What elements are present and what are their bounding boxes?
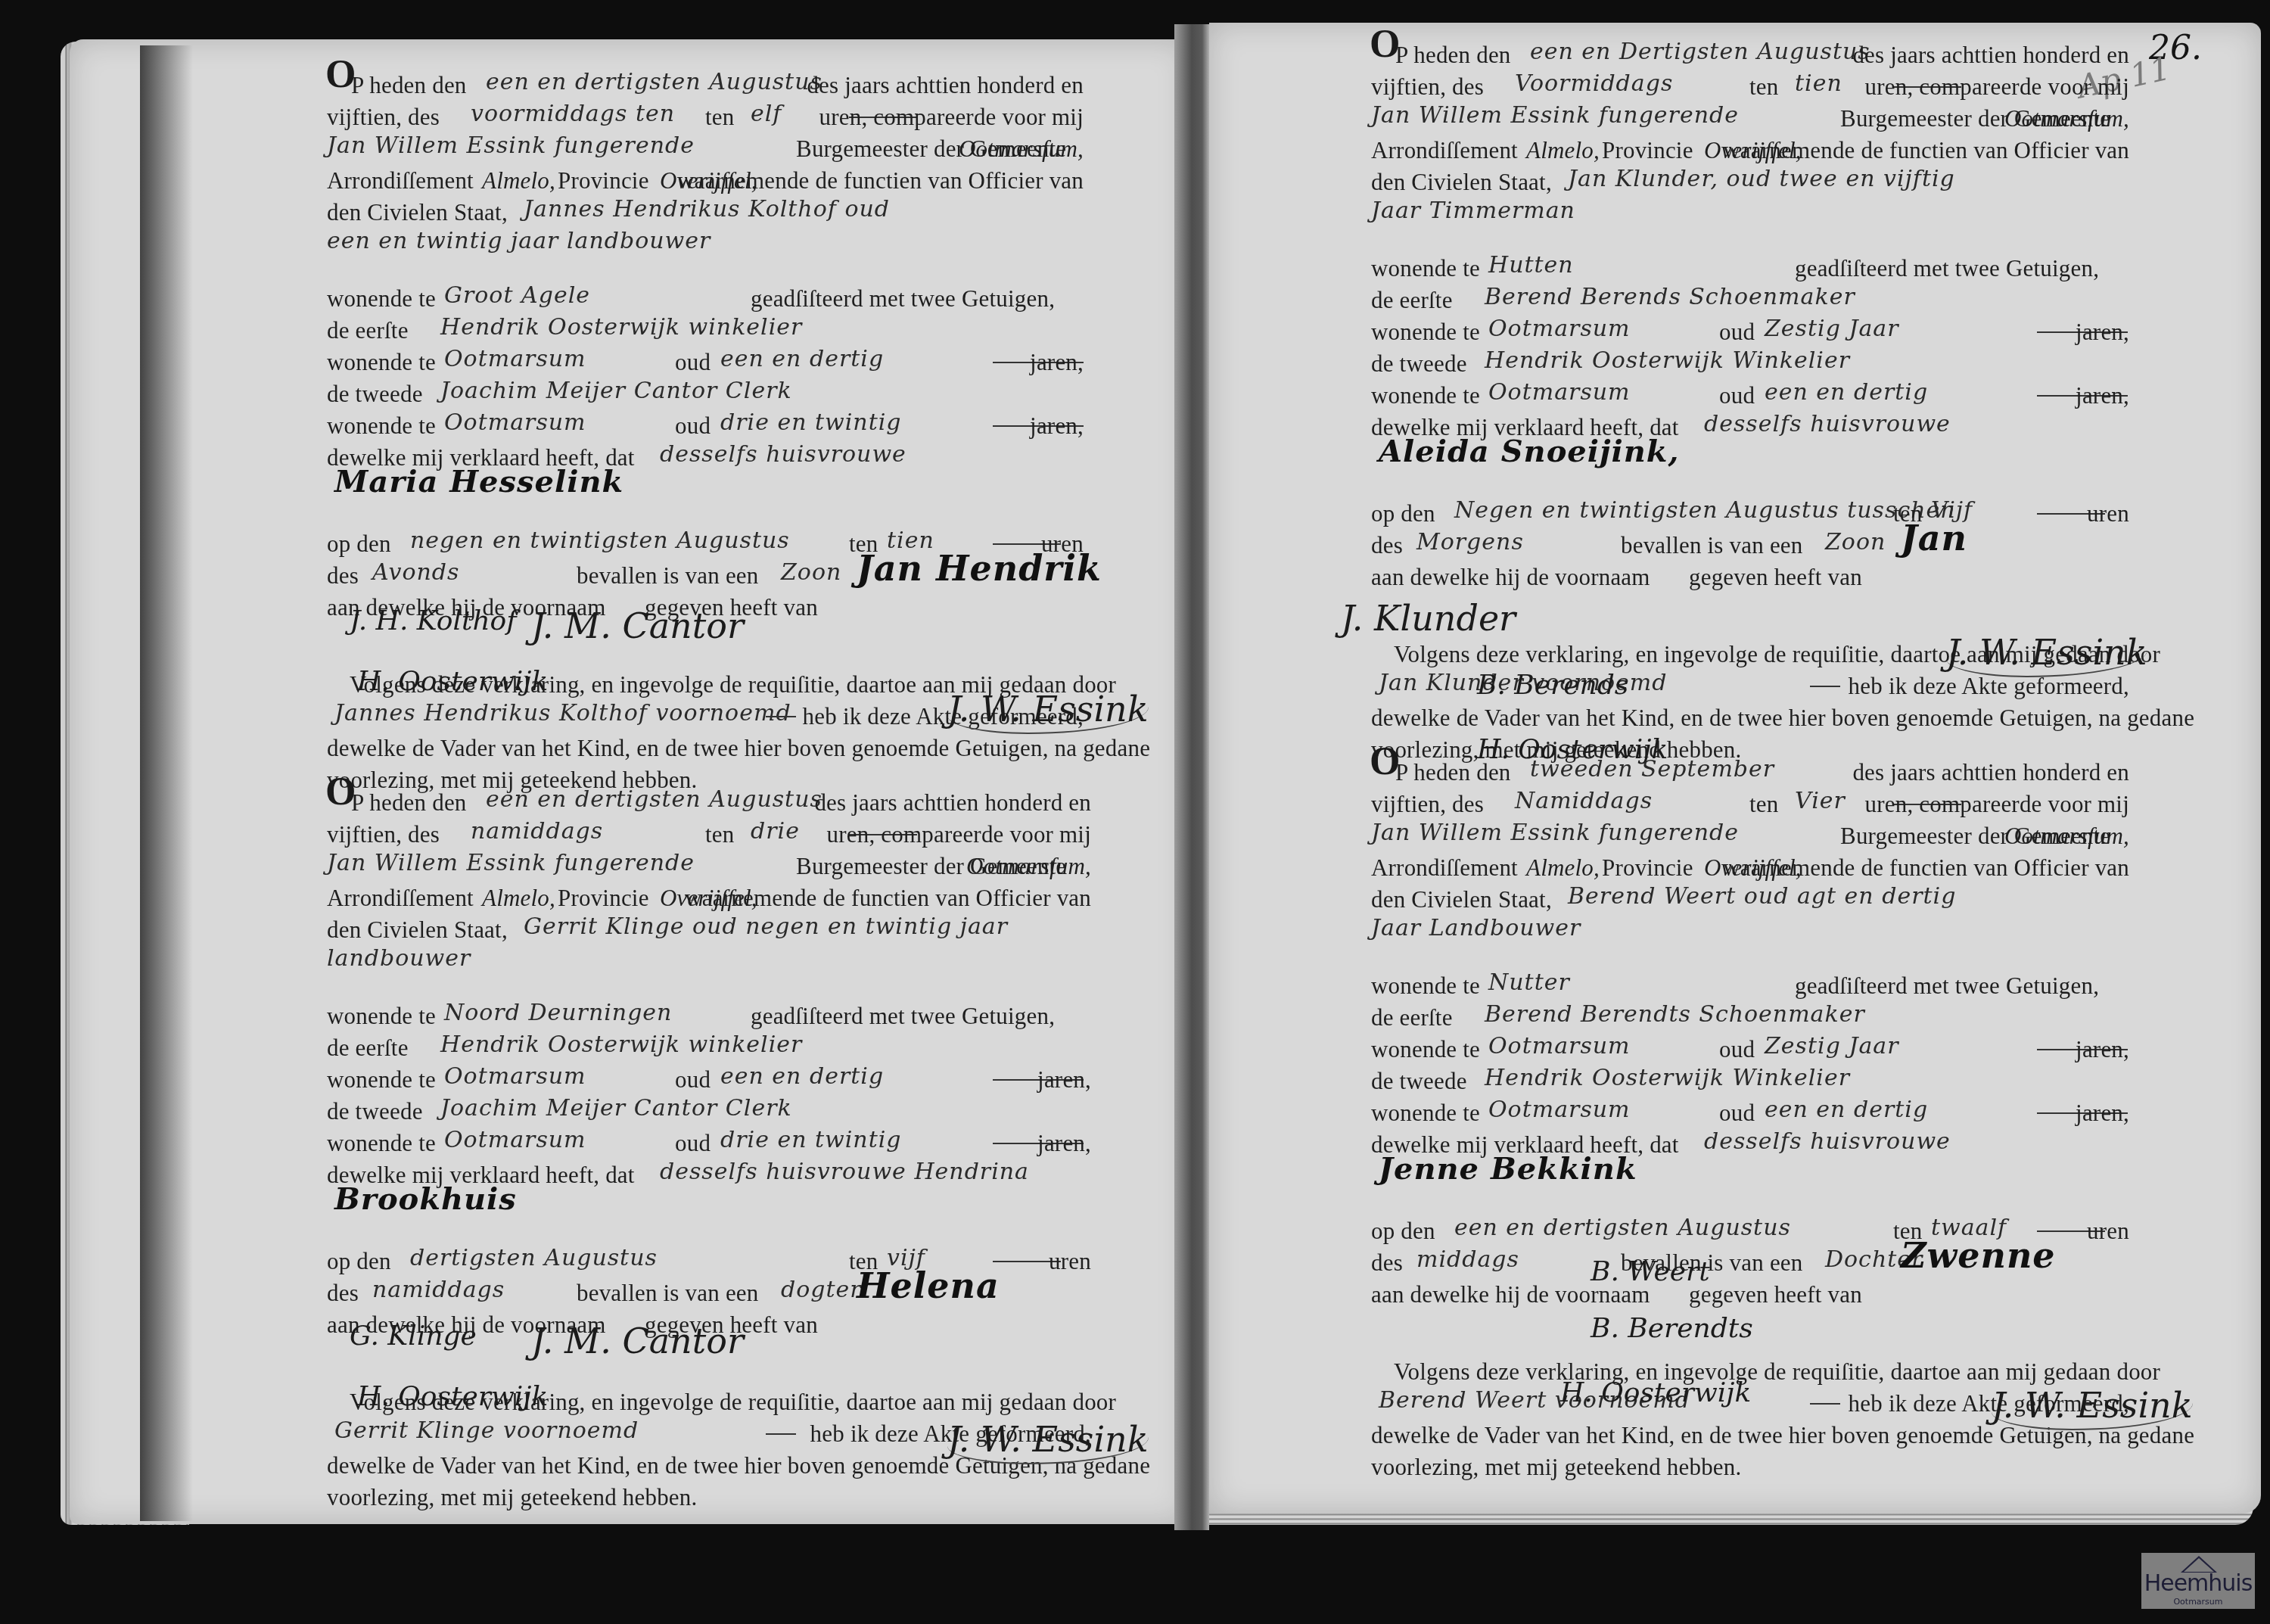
handwritten-declared: desselfs huisvrouwe [1704, 1126, 1951, 1158]
fill-dash [766, 716, 796, 717]
handwritten-witness2-age: een en dertig [1765, 1094, 1928, 1126]
handwritten-declarant-cont: Jaar Landbouwer [1371, 913, 1581, 944]
printed-text: uren, compareerde voor mij [827, 819, 1092, 851]
handwritten-requisitie: Gerrit Klinge voornoemd [334, 1415, 639, 1447]
printed-text: op den [327, 528, 391, 560]
handwritten-witness2-age: een en dertig [1765, 377, 1928, 409]
printed-text: geadſiſteerd met twee Getuigen, [1795, 253, 2099, 285]
signature: B. Weert [1591, 1256, 1710, 1287]
printed-text: ten [1749, 789, 1778, 820]
printed-text: wonende te [1371, 970, 1480, 1002]
handwritten-child-name: Zwenne [1901, 1240, 2056, 1271]
handwritten-residence: Noord Deurningen [444, 997, 672, 1029]
printed-text: P heden den [1395, 757, 1511, 789]
printed-text: gegeven heeft van [1689, 562, 1862, 593]
handwritten-witness1-res: Ootmarsum [1488, 313, 1631, 345]
handwritten-witness2-age: drie en twintig [720, 407, 902, 439]
handwritten-hour: Vier [1795, 786, 1846, 817]
printed-text: waarnemende de functien van Officier van [1723, 135, 2129, 166]
printed-text: jaren, [1037, 1064, 1091, 1096]
handwritten-date: tweeden September [1530, 754, 1774, 786]
page-shadow [140, 45, 193, 1521]
handwritten-declarant-cont: Jaar Timmerman [1371, 195, 1575, 227]
printed-text: oud [675, 347, 711, 378]
printed-text: oud [1719, 380, 1755, 412]
printed-text: de tweede [327, 378, 423, 410]
printed-text: den Civielen Staat, [1371, 884, 1552, 916]
handwritten-mother: Aleida Snoeijink, [1379, 436, 1679, 468]
printed-text: waarnemende de functien van Officier van [1723, 852, 2129, 884]
printed-text: uren, compareerde voor mij [1865, 71, 2130, 103]
handwritten-birth-date: een en dertigsten Augustus [1454, 1212, 1791, 1244]
printed-text: de eerſte [327, 1032, 409, 1064]
heemhuis-watermark: Heemhuis Ootmarsum [2141, 1553, 2255, 1609]
printed-text: P heden den [351, 70, 467, 101]
printed-text: oud [1719, 1097, 1755, 1129]
signature: J. H. Kolthof [350, 605, 517, 636]
printed-text: aan dewelke hij de voornaam [1371, 562, 1650, 593]
handwritten-witness2-res: Ootmarsum [1488, 1094, 1631, 1126]
printed-text: jaren, [1030, 347, 1084, 378]
handwritten-residence: Groot Agele [444, 280, 590, 312]
printed-text: den Civielen Staat, [327, 197, 508, 229]
signature: H. Oosterwijk [1560, 1377, 1751, 1408]
fill-dash [1810, 686, 1840, 687]
printed-text: dewelke de Vader van het Kind, en de twe… [1371, 702, 2194, 734]
printed-text: Ootmarsfum, [2004, 820, 2129, 852]
printed-text: op den [1371, 498, 1435, 530]
handwritten-declarant: Jan Klunder, oud twee en vijftig [1568, 163, 1955, 195]
handwritten-birth-daypart: Morgens [1416, 527, 1524, 558]
printed-text: de tweede [1371, 1066, 1467, 1097]
printed-text: Volgens deze verklaring, en ingevolge de… [1394, 1356, 2160, 1388]
printed-text: de tweede [327, 1096, 423, 1128]
handwritten-birth-date: Negen en twintigsten Augustus tusschen [1454, 495, 1956, 527]
printed-text: bevallen is van een [577, 560, 759, 592]
printed-text: wonende te [327, 347, 436, 378]
handwritten-declarant: Berend Weert oud agt en dertig [1568, 881, 1956, 913]
printed-text: uren, compareerde voor mij [819, 101, 1084, 133]
handwritten-declared: desselfs huisvrouwe [660, 439, 906, 471]
printed-text: geadſiſteerd met twee Getuigen, [751, 1000, 1055, 1032]
handwritten-witness1: Hendrik Oosterwijk winkelier [440, 312, 802, 344]
signature: H. Oosterwijk [357, 666, 548, 697]
printed-text: vijftien, des [1371, 71, 1484, 103]
signature: J. W. Essink [1992, 1385, 2193, 1430]
handwritten-witness1-res: Ootmarsum [1488, 1031, 1631, 1062]
printed-text: Almelo, [482, 165, 555, 197]
printed-text: geadſiſteerd met twee Getuigen, [751, 283, 1055, 315]
printed-text: Arrondiſſement [327, 165, 474, 197]
handwritten-child-name: Jan [1901, 522, 1967, 554]
handwritten-witness1: Berend Berendts Schoenmaker [1485, 999, 1865, 1031]
printed-text: Provincie [558, 165, 649, 197]
handwritten-mother: Jenne Bekkink [1379, 1153, 1637, 1185]
printed-text: des [1371, 530, 1403, 562]
handwritten-witness2: Joachim Meijer Cantor Clerk [440, 1093, 792, 1125]
printed-text: Almelo, [482, 882, 555, 914]
handwritten-official: Jan Willem Essink fungerende [327, 848, 695, 879]
handwritten-mother: Brookhuis [334, 1184, 517, 1215]
handwritten-official: Jan Willem Essink fungerende [327, 130, 695, 162]
printed-text: P heden den [1395, 39, 1511, 71]
handwritten-daypart: Voormiddags [1515, 68, 1673, 100]
handwritten-birth-date: dertigsten Augustus [410, 1243, 658, 1274]
handwritten-child-name: Jan Hendrik [857, 552, 1102, 584]
handwritten-date: een en dertigsten Augustus [486, 67, 822, 98]
printed-text: oud [675, 1064, 711, 1096]
printed-text: voorlezing, met mij geteekend hebben. [327, 1482, 697, 1514]
printed-text: wonende te [1371, 380, 1480, 412]
printed-text: uren [2087, 1215, 2129, 1247]
handwritten-birth-daypart: Avonds [372, 557, 459, 589]
printed-text: de tweede [1371, 348, 1467, 380]
printed-text: Almelo, [1526, 135, 1600, 166]
handwritten-witness2: Hendrik Oosterwijk Winkelier [1485, 1062, 1850, 1094]
handwritten-declarant: Gerrit Klinge oud negen en twintig jaar [524, 911, 1008, 943]
signature: H. Oosterwijk [357, 1381, 548, 1412]
handwritten-date: een en Dertigsten Augustus [1530, 36, 1870, 68]
signature: J. W. Essink [947, 1419, 1149, 1464]
printed-text: gegeven heeft van [1689, 1279, 1862, 1311]
printed-text: Almelo, [1526, 852, 1600, 884]
handwritten-sex: dogter [781, 1274, 862, 1306]
printed-text: dewelke de Vader van het Kind, en de twe… [327, 733, 1150, 764]
printed-text: des [327, 1277, 359, 1309]
printed-text: op den [327, 1246, 391, 1277]
printed-text: des [1371, 1247, 1403, 1279]
handwritten-daypart: voormiddags ten [471, 98, 675, 130]
printed-text: Ootmarsfum, [959, 133, 1084, 165]
printed-text: P heden den [351, 787, 467, 819]
printed-text: de eerſte [1371, 1002, 1453, 1034]
printed-text: Provincie [1602, 135, 1693, 166]
printed-text: des jaars achttien honderd en [1852, 757, 2129, 789]
handwritten-witness1-age: Zestig Jaar [1765, 1031, 1899, 1062]
printed-text: Arrondiſſement [1371, 135, 1518, 166]
printed-text: vijftien, des [1371, 789, 1484, 820]
printed-text: oud [1719, 1034, 1755, 1066]
printed-text: wonende te [327, 283, 436, 315]
printed-text: voorlezing, met mij geteekend hebben. [1371, 1451, 1741, 1483]
handwritten-witness2: Joachim Meijer Cantor Clerk [440, 375, 792, 407]
signature: B. Berendts [1591, 1313, 1753, 1344]
printed-text: jaren, [2076, 316, 2129, 348]
handwritten-requisitie: Jannes Hendrikus Kolthof voornoemd [334, 698, 791, 730]
handwritten-daypart: Namiddags [1515, 786, 1653, 817]
handwritten-hour: elf [751, 98, 782, 130]
printed-text: des [327, 560, 359, 592]
handwritten-declared: desselfs huisvrouwe [1704, 409, 1951, 440]
printed-text: op den [1371, 1215, 1435, 1247]
handwritten-witness1-res: Ootmarsum [444, 344, 586, 375]
handwritten-witness1-age: een en dertig [720, 1061, 884, 1093]
handwritten-declarant: Jannes Hendrikus Kolthof oud [524, 194, 890, 226]
handwritten-sex: Zoon [781, 557, 841, 589]
handwritten-witness2-res: Ootmarsum [444, 407, 586, 439]
handwritten-declared: desselfs huisvrouwe Hendrina [660, 1156, 1029, 1188]
birth-act-4: OP heden dentweeden Septemberdes jaars a… [1371, 757, 2129, 1483]
printed-text: wonende te [327, 410, 436, 442]
printed-text: wonende te [1371, 253, 1480, 285]
handwritten-child-name: Helena [857, 1270, 1000, 1302]
signature: J. M. Cantor [531, 1321, 744, 1361]
printed-text: oud [1719, 316, 1755, 348]
handwritten-birth-daypart: middags [1416, 1244, 1519, 1276]
handwritten-declarant-cont: landbouwer [327, 943, 471, 975]
handwritten-sex: Zoon [1825, 527, 1886, 558]
printed-text: bevallen is van een [1621, 530, 1803, 562]
printed-text: jaren, [2076, 1097, 2129, 1129]
fill-dash [1810, 1403, 1840, 1405]
handwritten-witness2-res: Ootmarsum [1488, 377, 1631, 409]
printed-text: ten [705, 819, 734, 851]
printed-text: des jaars achttien honderd en [1852, 39, 2129, 71]
signature: G. Klinge [350, 1321, 477, 1352]
signature: J. Klunder [1341, 598, 1516, 639]
printed-text: des jaars achttien honderd en [814, 787, 1091, 819]
handwritten-witness2-res: Ootmarsum [444, 1125, 586, 1156]
printed-text: vijftien, des [327, 101, 440, 133]
handwritten-hour: drie [751, 816, 800, 848]
handwritten-residence: Hutten [1488, 250, 1574, 282]
handwritten-residence: Nutter [1488, 967, 1570, 999]
printed-text: wonende te [1371, 1034, 1480, 1066]
printed-text: wonende te [1371, 1097, 1480, 1129]
printed-text: wonende te [1371, 316, 1480, 348]
handwritten-declarant-cont: een en twintig jaar landbouwer [327, 226, 711, 257]
printed-text: wonende te [327, 1064, 436, 1096]
handwritten-witness1-res: Ootmarsum [444, 1061, 586, 1093]
handwritten-birth-daypart: namiddags [372, 1274, 505, 1306]
printed-text: Ootmarsfum, [2004, 103, 2129, 135]
printed-text: de eerſte [327, 315, 409, 347]
handwritten-witness2-age: drie en twintig [720, 1125, 902, 1156]
printed-text: de eerſte [1371, 285, 1453, 316]
printed-text: jaren, [2076, 380, 2129, 412]
printed-text: den Civielen Staat, [327, 914, 508, 946]
printed-text: waarnemende de functien van Officier van [677, 165, 1084, 197]
printed-text: vijftien, des [327, 819, 440, 851]
handwritten-birth-date: negen en twintigsten Augustus [410, 525, 790, 557]
printed-text: uren [1049, 1246, 1091, 1277]
signature: J. W. Essink [947, 689, 1149, 734]
printed-text: jaren, [1030, 410, 1084, 442]
fill-dash [766, 1433, 796, 1435]
printed-text: uren [2087, 498, 2129, 530]
printed-text: Arrondiſſement [327, 882, 474, 914]
handwritten-witness1: Berend Berends Schoenmaker [1485, 282, 1855, 313]
handwritten-official: Jan Willem Essink fungerende [1371, 817, 1739, 849]
handwritten-daypart: namiddags [471, 816, 603, 848]
book-gutter [1174, 24, 1209, 1530]
signature: J. M. Cantor [531, 605, 744, 646]
printed-text: den Civielen Staat, [1371, 166, 1552, 198]
printed-text: wonende te [327, 1128, 436, 1159]
printed-text: Provincie [1602, 852, 1693, 884]
handwritten-mother: Maria Hesselink [334, 466, 623, 498]
printed-text: oud [675, 1128, 711, 1159]
printed-text: oud [675, 410, 711, 442]
handwritten-witness1-age: Zestig Jaar [1765, 313, 1899, 345]
printed-text: uren, compareerde voor mij [1865, 789, 2130, 820]
printed-text: wonende te [327, 1000, 436, 1032]
printed-text: bevallen is van een [577, 1277, 759, 1309]
printed-text: jaren, [1037, 1128, 1091, 1159]
handwritten-witness2: Hendrik Oosterwijk Winkelier [1485, 345, 1850, 377]
handwritten-witness1-age: een en dertig [720, 344, 884, 375]
handwritten-official: Jan Willem Essink fungerende [1371, 100, 1739, 132]
printed-text: ten [1749, 71, 1778, 103]
printed-text: Arrondiſſement [1371, 852, 1518, 884]
signature: B. Berends [1477, 670, 1628, 701]
printed-text: jaren, [2076, 1034, 2129, 1066]
signature: J. W. Essink [1946, 632, 2147, 677]
printed-text: waarnemende de functien van Officier van [685, 882, 1091, 914]
printed-text: Provincie [558, 882, 649, 914]
handwritten-witness1: Hendrik Oosterwijk winkelier [440, 1029, 802, 1061]
handwritten-hour: tien [1795, 68, 1842, 100]
handwritten-date: een en dertigsten Augustus [486, 784, 822, 816]
printed-text: ten [705, 101, 734, 133]
printed-text: des jaars achttien honderd en [807, 70, 1084, 101]
printed-text: geadſiſteerd met twee Getuigen, [1795, 970, 2099, 1002]
printed-text: Ootmarsfum, [966, 851, 1091, 882]
